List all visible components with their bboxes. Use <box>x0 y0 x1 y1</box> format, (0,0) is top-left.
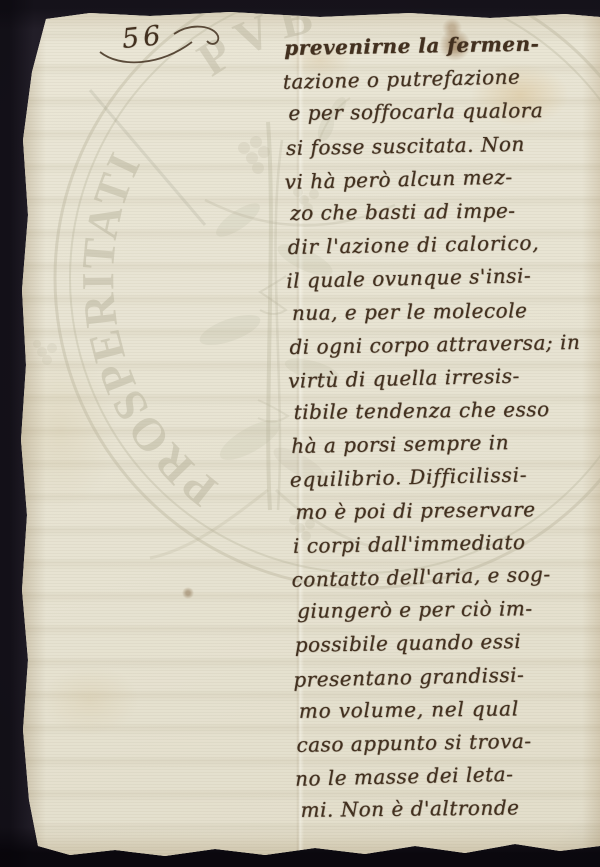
manuscript-line: mi. Non è d'altronde <box>300 791 600 828</box>
manuscript-line: giungerò e per ciò im- <box>297 592 600 629</box>
seal-arc-text: PROSPERITATI <box>72 144 226 517</box>
handwriting-block: prevenirne la fermen- tazione o putrefaz… <box>284 27 600 829</box>
seal-arc-text-primary: PROSPERITATI <box>72 144 226 517</box>
manuscript-page: PROSPERITATI PVB <box>20 10 600 856</box>
manuscript-line: vi hà però alcun mez- <box>284 158 599 198</box>
page-number-flourish <box>94 20 244 76</box>
manuscript-line: contatto dell'aria, e sog- <box>291 557 600 597</box>
page-number-group: 56 <box>94 20 244 76</box>
manuscript-line: tibile tendenza che esso <box>293 393 600 430</box>
manuscript-line: zo che basti ad impe- <box>290 193 599 230</box>
manuscript-line: possibile quando essi <box>294 624 600 663</box>
manuscript-line: mo volume, nel qual <box>299 691 600 728</box>
page-number: 56 <box>120 20 165 55</box>
photo-backdrop: PROSPERITATI PVB <box>0 0 600 867</box>
seal-bouquet-flowers <box>33 136 319 541</box>
manuscript-line: equilibrio. Difficilissi- <box>289 457 600 497</box>
manuscript-line: mo è poi di preservare <box>295 492 600 529</box>
manuscript-line: presentano grandissi- <box>293 656 600 696</box>
manuscript-line: e per soffocarla qualora <box>288 94 597 131</box>
manuscript-line: il quale ovunque s'insi- <box>286 258 600 298</box>
manuscript-line: virtù di quella irresis- <box>288 358 600 398</box>
diagonal-crease-line <box>90 90 205 225</box>
manuscript-line: nua, e per le molecole <box>292 293 600 330</box>
